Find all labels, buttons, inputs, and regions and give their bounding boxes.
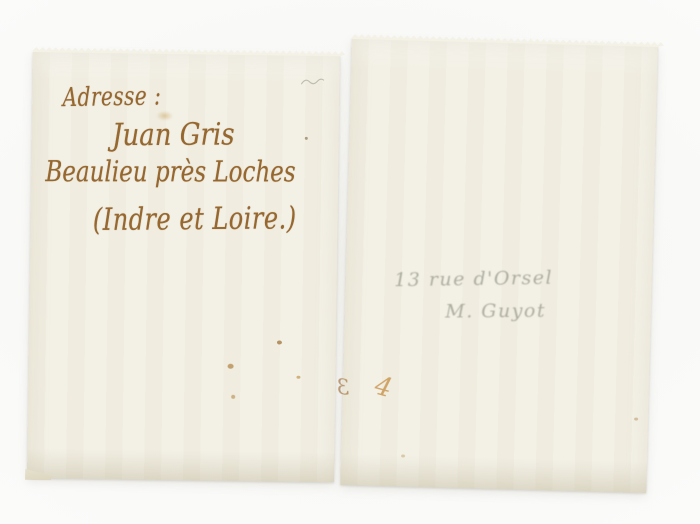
foxing-spot [277,340,282,344]
ink-speck [305,137,308,140]
foxing-spot [634,418,638,421]
pencil-inscription-address: 13 rue d'Orsel [394,267,553,291]
handwriting-adresse-label: Adresse : [63,80,162,113]
letter-page-left: Adresse : Juan Gris Beaulieu près Loches… [27,51,340,482]
handwriting-juan-gris: Juan Gris [112,117,235,153]
ink-bleedthrough-ghost-writing [27,51,340,482]
foxing-spot [401,454,405,457]
photo-backdrop: Adresse : Juan Gris Beaulieu près Loches… [0,0,700,524]
handwriting-beaulieu-pres-loches: Beaulieu près Loches [45,156,295,189]
pencil-inscription-name: M. Guyot [445,300,546,323]
foxing-spot [296,376,300,379]
handwriting-indre-et-loire: (Indre et Loire.) [93,200,297,238]
foxing-spot [231,395,235,399]
pencil-squiggle-mark [301,77,325,87]
ink-bleedthrough-ghost-writing [340,38,658,493]
foxing-spot [228,364,234,369]
letter-page-right: 13 rue d'Orsel M. Guyot 3 4 [340,38,658,493]
